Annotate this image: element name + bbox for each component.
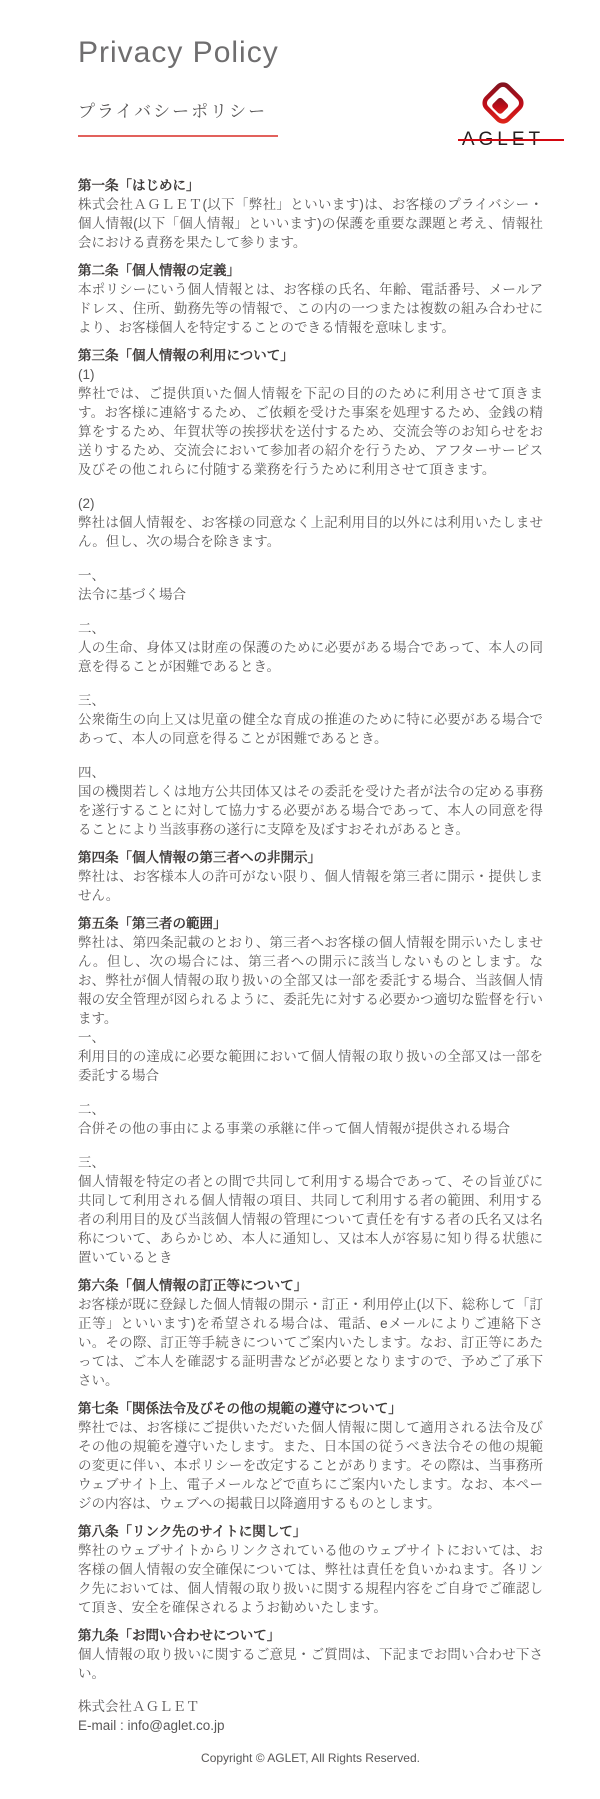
article-paragraph: 弊社では、お客様にご提供いただいた個人情報に関して適用される法令及びその他の規範… — [78, 1418, 543, 1513]
article-paragraph: 利用目的の達成に必要な範囲において個人情報の取り扱いの全部又は一部を委託する場合 — [78, 1047, 543, 1085]
contact-block: 株式会社ＡＧＬＥＴ E-mail : info@aglet.co.jp — [78, 1697, 543, 1735]
article-paragraph: 本ポリシーにいう個人情報とは、お客様の氏名、年齢、電話番号、メールアドレス、住所… — [78, 280, 543, 337]
privacy-policy-page: Privacy Policy プライバシーポリシー — [0, 0, 600, 1799]
paragraph-spacer — [78, 479, 543, 494]
article-heading: 第八条「リンク先のサイトに関して」 — [78, 1522, 543, 1541]
paragraph-spacer — [78, 604, 543, 619]
page-footer: Copyright © AGLET, All Rights Reserved. — [78, 1750, 543, 1767]
article-heading: 第三条「個人情報の利用について」 — [78, 346, 543, 365]
paragraph-spacer — [78, 1138, 543, 1153]
article-section: 第三条「個人情報の利用について」(1)弊社では、ご提供頂いた個人情報を下記の目的… — [78, 346, 543, 839]
article-heading: 第五条「第三者の範囲」 — [78, 914, 543, 933]
article-heading: 第四条「個人情報の第三者への非開示」 — [78, 848, 543, 867]
company-name: 株式会社ＡＧＬＥＴ — [78, 1697, 543, 1716]
article-paragraph: (1) — [78, 365, 543, 384]
contact-email: E-mail : info@aglet.co.jp — [78, 1716, 543, 1735]
article-heading: 第二条「個人情報の定義」 — [78, 261, 543, 280]
copyright-text: Copyright © AGLET, All Rights Reserved. — [78, 1750, 543, 1767]
paragraph-spacer — [78, 1085, 543, 1100]
article-section: 第五条「第三者の範囲」弊社は、第四条記載のとおり、第三者へお客様の個人情報を開示… — [78, 914, 543, 1267]
article-paragraph: お客様が既に登録した個人情報の開示・訂正・利用停止(以下、総称して「訂正等」とい… — [78, 1295, 543, 1390]
paragraph-spacer — [78, 748, 543, 763]
article-paragraph: 二、 — [78, 619, 543, 638]
logo-strike-line — [458, 139, 564, 141]
paragraph-spacer — [78, 551, 543, 566]
article-paragraph: (2) — [78, 494, 543, 513]
article-paragraph: 三、 — [78, 1153, 543, 1172]
article-paragraph: 個人情報を特定の者との間で共同して利用する場合であって、その旨並びに共同して利用… — [78, 1172, 543, 1267]
article-paragraph: 四、 — [78, 763, 543, 782]
paragraph-spacer — [78, 676, 543, 691]
diamond-logo-icon — [479, 79, 527, 127]
article-paragraph: 公衆衛生の向上又は児童の健全な育成の推進のために特に必要がある場合であって、本人… — [78, 710, 543, 748]
article-section: 第一条「はじめに」株式会社ＡＧＬＥＴ(以下「弊社」といいます)は、お客様のプライ… — [78, 176, 543, 252]
article-heading: 第七条「関係法令及びその他の規範の遵守について」 — [78, 1399, 543, 1418]
article-paragraph: 個人情報の取り扱いに関するご意見・ご質問は、下記までお問い合わせ下さい。 — [78, 1645, 543, 1683]
article-heading: 第九条「お問い合わせについて」 — [78, 1626, 543, 1645]
article-paragraph: 人の生命、身体又は財産の保護のために必要がある場合であって、本人の同意を得ること… — [78, 638, 543, 676]
article-section: 第六条「個人情報の訂正等について」お客様が既に登録した個人情報の開示・訂正・利用… — [78, 1276, 543, 1390]
article-heading: 第六条「個人情報の訂正等について」 — [78, 1276, 543, 1295]
article-section: 第二条「個人情報の定義」本ポリシーにいう個人情報とは、お客様の氏名、年齢、電話番… — [78, 261, 543, 337]
article-paragraph: 国の機関若しくは地方公共団体又はその委託を受けた者が法令の定める事務を遂行するこ… — [78, 782, 543, 839]
article-paragraph: 弊社は、お客様本人の許可がない限り、個人情報を第三者に開示・提供しません。 — [78, 867, 543, 905]
article-paragraph: 合併その他の事由による事業の承継に伴って個人情報が提供される場合 — [78, 1119, 543, 1138]
article-section: 第九条「お問い合わせについて」個人情報の取り扱いに関するご意見・ご質問は、下記ま… — [78, 1626, 543, 1683]
article-section: 第四条「個人情報の第三者への非開示」弊社は、お客様本人の許可がない限り、個人情報… — [78, 848, 543, 905]
article-paragraph: 一、 — [78, 1028, 543, 1047]
article-paragraph: 弊社のウェブサイトからリンクされている他のウェブサイトにおいては、お客様の個人情… — [78, 1541, 543, 1617]
article-paragraph: 二、 — [78, 1100, 543, 1119]
aglet-logo: AGLET — [443, 79, 563, 151]
article-paragraph: 株式会社ＡＧＬＥＴ(以下「弊社」といいます)は、お客様のプライバシー・個人情報(… — [78, 195, 543, 252]
article-paragraph: 一、 — [78, 566, 543, 585]
article-heading: 第一条「はじめに」 — [78, 176, 543, 195]
article-paragraph: 弊社では、ご提供頂いた個人情報を下記の目的のために利用させて頂きます。お客様に連… — [78, 384, 543, 479]
logo-wordmark: AGLET — [462, 129, 544, 151]
article-paragraph: 三、 — [78, 691, 543, 710]
subtitle-row: プライバシーポリシー AGLET — [78, 97, 543, 159]
article-section: 第七条「関係法令及びその他の規範の遵守について」弊社では、お客様にご提供いただい… — [78, 1399, 543, 1513]
articles: 第一条「はじめに」株式会社ＡＧＬＥＴ(以下「弊社」といいます)は、お客様のプライ… — [78, 176, 543, 1683]
article-paragraph: 法令に基づく場合 — [78, 585, 543, 604]
article-section: 第八条「リンク先のサイトに関して」弊社のウェブサイトからリンクされている他のウェ… — [78, 1522, 543, 1617]
page-title: Privacy Policy — [78, 36, 543, 70]
article-paragraph: 弊社は、第四条記載のとおり、第三者へお客様の個人情報を開示いたしません。但し、次… — [78, 933, 543, 1028]
title-underline — [78, 135, 278, 137]
article-paragraph: 弊社は個人情報を、お客様の同意なく上記利用目的以外には利用いたしません。但し、次… — [78, 513, 543, 551]
page-header: Privacy Policy プライバシーポリシー — [78, 36, 543, 159]
